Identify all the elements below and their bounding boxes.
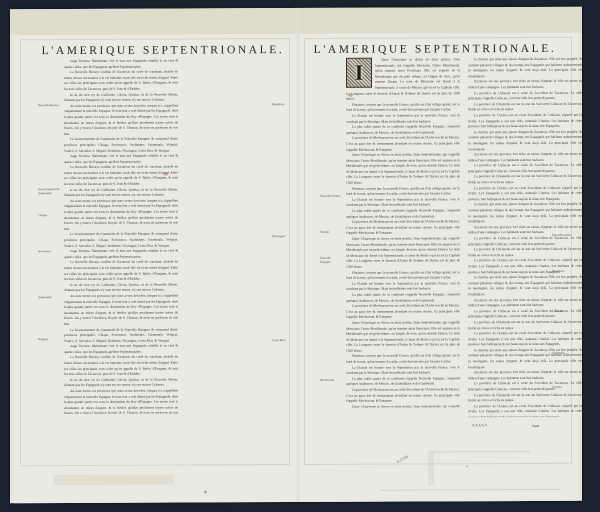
paragraph: Plusieurs croyent que la nouvelle France… <box>346 354 460 366</box>
paragraph: La province de Chiametla est sur la mer … <box>468 392 582 404</box>
paragraph: La plus noble partie de ce continent s'a… <box>346 124 460 136</box>
paragraph: La province de Mechoacan est au costé d'… <box>346 220 460 237</box>
margin-note: Verapaz. <box>38 337 60 341</box>
paragraph: Outre l'Amerique se divise en deux parti… <box>346 236 460 270</box>
margin-note: Zacatecas. <box>552 269 574 273</box>
right-column-1: IOutre l'Amerique se divise en deux part… <box>346 57 460 407</box>
document-sheet: L'AMERIQUE SEPTENTRIONALE. ciaga Tucuma.… <box>10 7 582 503</box>
paragraph: Zacatecas est une province fort riche en… <box>468 79 582 91</box>
paragraph: Ie ne dis rien icy de Californie, Cibola… <box>64 92 178 104</box>
signature-mark: AAAAA <box>472 423 487 427</box>
paragraph: Le Gouvernement de Guatemala de la Nouve… <box>64 137 178 154</box>
paragraph: Outre l'Amerique se divise en deux parti… <box>346 152 460 186</box>
foxing-spot <box>164 173 168 176</box>
paragraph: Outre l'Amerique se divise en deux parti… <box>346 404 460 408</box>
paragraph: Zacatecas est une province fort riche en… <box>468 152 582 164</box>
paragraph: La Nouvelle Biscaye confine de Zacatecas… <box>64 260 178 283</box>
paragraph: La province de Chiametla est sur la mer … <box>468 174 582 186</box>
catchword: tique <box>532 424 539 428</box>
margin-note: Mechoacan. <box>320 378 342 382</box>
paragraph: ciaga Tucuma. Maintenant c'est le tout u… <box>64 154 178 166</box>
margin-note: Gouvernement de Guatemala. <box>38 187 60 195</box>
left-column-1: ciaga Tucuma. Maintenant c'est le tout u… <box>64 59 178 414</box>
paragraph: la chemin, qui entre aux mines d'argent … <box>468 129 582 152</box>
margin-note: Culiacan. <box>552 309 574 313</box>
paragraph: ciaga Tucuma. Maintenant c'est le tout u… <box>64 59 178 71</box>
paragraph: ciaga Tucuma. Maintenant c'est le tout u… <box>64 344 178 356</box>
right-page-title: L'AMERIQUE SEPTENTRIONALE. <box>296 43 574 56</box>
paper-stain <box>54 475 174 486</box>
margin-note: Soconusco. <box>38 249 60 253</box>
foxing-spot <box>466 465 468 467</box>
paragraph: La Floride est bornée vers le Septentrio… <box>346 197 460 209</box>
paragraph: La province de Culiacan est à costé de l… <box>468 90 582 102</box>
paragraph: La province de Chiametla est sur la mer … <box>468 247 582 259</box>
margin-note: Nicaragua. <box>272 234 294 238</box>
paragraph: La province de Cinaloa est au costé d'oc… <box>468 113 582 130</box>
paragraph: La Nouvelle Biscaye confine de Zacatecas… <box>64 165 178 188</box>
left-page-title: L'AMERIQUE SEPTENTRIONALE. <box>22 44 304 57</box>
center-fold <box>297 8 299 502</box>
margin-note: Nouvelle Biscaye. <box>38 103 60 107</box>
ornamental-drop-cap: I <box>346 58 372 88</box>
paragraph: La province de Mechoacan est au costé d'… <box>346 303 460 320</box>
paragraph: Plusieurs croyent que la nouvelle France… <box>346 270 460 282</box>
paragraph: La plus noble partie de ce continent s'a… <box>346 376 460 388</box>
paragraph: La province de Mechoacan est au costé d'… <box>346 387 460 404</box>
margin-note: Nouvelle Espagne. <box>320 256 342 264</box>
paragraph: La Floride est bornée vers le Septentrio… <box>346 365 460 377</box>
paragraph: La province de Culiacan est à costé de l… <box>468 236 582 248</box>
paragraph: Au reste toutes ces provinces que nous a… <box>64 198 178 232</box>
margin-note: Nouvelle France. <box>320 194 342 198</box>
paragraph: La Floride est bornée vers le Septentrio… <box>346 113 460 125</box>
paragraph: La Nouvelle Biscaye confine de Zacatecas… <box>64 70 178 93</box>
margin-note: Costa Rica. <box>272 338 294 342</box>
paper-top-margin <box>10 7 582 35</box>
margin-note: Honduras. <box>272 102 294 106</box>
paragraph: Au reste toutes ces provinces que nous a… <box>64 389 178 414</box>
paragraph: La province de Cinaloa est au costé d'oc… <box>468 404 582 418</box>
margin-note: Chiametla. <box>552 351 574 355</box>
right-column-2: la chemin, qui entre aux mines d'argent … <box>468 57 582 417</box>
paragraph: La province de Culiacan est à costé de l… <box>468 163 582 175</box>
paragraph: La province de Cinaloa est au costé d'oc… <box>468 331 582 348</box>
paragraph: La Floride est bornée vers le Septentrio… <box>346 281 460 293</box>
paragraph: Le Gouvernement de Guatemala de la Nouve… <box>64 327 178 344</box>
margin-note: Guatemala. <box>38 295 60 299</box>
paragraph: Plusieurs croyent que la nouvelle France… <box>346 186 460 198</box>
foxing-spot <box>348 94 353 97</box>
paragraph: La province de Chiametla est sur la mer … <box>468 102 582 114</box>
paragraph: La Nouvelle Biscaye confine de Zacatecas… <box>64 355 178 378</box>
paragraph: Outre l'Amerique se divise en deux parti… <box>346 320 460 354</box>
paper-stain <box>428 451 434 485</box>
left-page-columns: ciaga Tucuma. Maintenant c'est le tout u… <box>64 58 300 414</box>
paragraph: Plusieurs croyent que la nouvelle France… <box>346 102 460 114</box>
paragraph: Au reste toutes ces provinces que nous a… <box>64 293 178 327</box>
paragraph: la chemin, qui entre aux mines d'argent … <box>468 202 582 225</box>
paragraph: Zacatecas est une province fort riche en… <box>468 370 582 382</box>
paragraph: la chemin, qui entre aux mines d'argent … <box>468 275 582 298</box>
paragraph: Au reste toutes ces provinces que nous a… <box>64 103 178 137</box>
margin-note: Cinaloa. <box>552 385 574 389</box>
paragraph: La province de Mechoacan est au costé d'… <box>346 136 460 153</box>
paragraph: La province de Cinaloa est au costé d'oc… <box>468 185 582 202</box>
paragraph: ciaga Tucuma. Maintenant c'est le tout u… <box>64 249 178 261</box>
paragraph: Ie ne dis rien icy de Californie, Cibola… <box>64 187 178 199</box>
paragraph: Ie ne dis rien icy de Californie, Cibola… <box>64 377 178 389</box>
paragraph: Ie ne dis rien icy de Californie, Cibola… <box>64 282 178 294</box>
paragraph: Le Gouvernement de Guatemala de la Nouve… <box>64 232 178 249</box>
margin-note: Floride. <box>320 230 342 234</box>
foxing-spot <box>204 490 207 493</box>
paragraph: La plus noble partie de ce continent s'a… <box>346 292 460 304</box>
margin-note: Nouvelle Galice. <box>552 233 574 237</box>
left-page: L'AMERIQUE SEPTENTRIONALE. ciaga Tucuma.… <box>14 34 296 503</box>
paragraph: La province de Chiametla est sur la mer … <box>468 320 582 332</box>
paragraph: La plus noble partie de ce continent s'a… <box>346 208 460 220</box>
right-page-columns: IOutre l'Amerique se divise en deux part… <box>346 57 582 418</box>
right-page: L'AMERIQUE SEPTENTRIONALE. IOutre l'Amer… <box>300 33 578 502</box>
paper-crease <box>380 489 560 491</box>
paragraph: Zacatecas est une province fort riche en… <box>468 297 582 309</box>
paragraph: la chemin, qui entre aux mines d'argent … <box>468 57 582 80</box>
margin-note: Chiapa. <box>38 213 60 217</box>
